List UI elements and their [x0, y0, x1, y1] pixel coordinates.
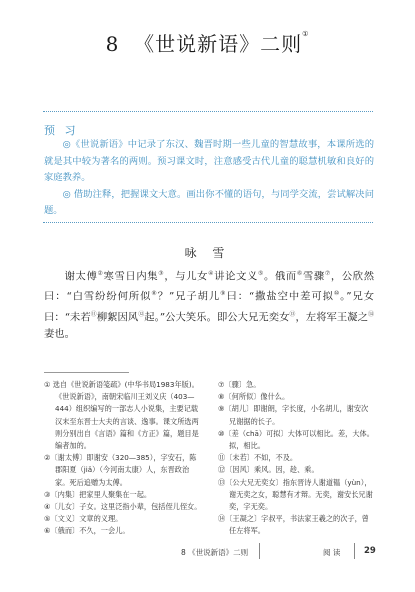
text-segment: 柳絮因风 [97, 311, 138, 323]
divider-top [43, 111, 373, 112]
footnote-item: ③〔内集〕把家里人聚集在一起。 [44, 489, 202, 501]
text-segment: 讲论文义 [214, 270, 258, 282]
text-segment: 寒雪日内集 [104, 270, 159, 282]
preview-section: ◎《世说新语》中记录了东汉、魏晋时期一些儿童的智慧故事，本课所选的就是其中较为著… [44, 137, 374, 220]
text-segment: 曰：“撒盐空中差可拟 [226, 291, 333, 303]
text-segment: 谢太傅 [65, 270, 98, 282]
footnote-mark[interactable]: ① [302, 30, 309, 38]
note-reference[interactable]: ⑭ [368, 311, 374, 318]
text-segment: 起。”公大笑乐。即公大兄无奕女 [144, 311, 289, 323]
footnote-item: ⑩〔差（chā）可拟〕大体可以相比。差，大体。拟，相比。 [218, 428, 374, 452]
footnote-item: ⑧〔何所似〕像什么。 [218, 391, 374, 403]
footnote-item: ④〔儿女〕子女。这里泛指小辈，包括侄儿侄女。 [44, 501, 202, 513]
footer-separator [354, 543, 355, 559]
footer-lesson-label: 8 《世说新语》二则 [181, 547, 248, 558]
footnote-item: ⑪〔未若〕不如，不及。 [218, 452, 374, 464]
footnote-item: ⑥〔俄而〕不久，一会儿。 [44, 525, 202, 537]
footer-separator [259, 543, 260, 559]
preview-heading: 预 习 [44, 122, 79, 138]
main-text: 谢太傅②寒雪日内集③，与儿女④讲论文义⑤。俄而⑥雪骤⑦，公欣然曰：“白雪纷纷何所… [44, 265, 374, 343]
notes-left-column: ① 选自《世说新语笺疏》(中华书局1983年版)。《世说新语》，南朝宋临川王刘义… [44, 379, 202, 538]
preview-paragraph-1: ◎《世说新语》中记录了东汉、魏晋时期一些儿童的智慧故事，本课所选的就是其中较为著… [44, 137, 374, 187]
footer-section: 阅 读 [323, 547, 340, 558]
lesson-title-text: 《世说新语》二则 [134, 32, 302, 56]
page-number: 29 [364, 546, 376, 556]
lesson-number: 8 [106, 32, 120, 56]
notes-rule [44, 372, 129, 373]
text-segment: 雪骤 [303, 270, 325, 282]
footnote-item: ① 选自《世说新语笺疏》(中华书局1983年版)。《世说新语》，南朝宋临川王刘义… [44, 379, 202, 452]
main-paragraph: 谢太傅②寒雪日内集③，与儿女④讲论文义⑤。俄而⑥雪骤⑦，公欣然曰：“白雪纷纷何所… [44, 265, 374, 343]
footnote-item: ⑬〔公大兄无奕女〕指东晋诗人谢道韫（yùn），谢无奕之女，聪慧有才辩。无奕，谢安… [218, 477, 374, 514]
text-segment: 妻也。 [44, 328, 75, 340]
lesson-title: 8 《世说新语》二则① [0, 28, 415, 57]
footnote-item: ⑦〔骤〕急。 [218, 379, 374, 391]
divider-bottom [43, 222, 373, 223]
footnote-item: ⑭〔王凝之〕字叔平，书法家王羲之的次子，曾任左将军。 [218, 513, 374, 537]
footnote-item: ②〔谢太傅〕即谢安（320—385），字安石，陈郡阳夏（jiǎ）（今河南太康）人… [44, 452, 202, 489]
text-segment: 。俄而 [264, 270, 297, 282]
preview-paragraph-2: ◎ 借助注释，把握课文大意。画出你不懂的语句，与同学交流，尝试解决问题。 [44, 187, 374, 220]
notes-right-column: ⑦〔骤〕急。⑧〔何所似〕像什么。⑨〔胡儿〕即谢朗，字长度，小名胡儿，谢安次兄谢据… [218, 379, 374, 538]
footnote-item: ⑤〔文义〕文章的义理。 [44, 513, 202, 525]
footnote-item: ⑨〔胡儿〕即谢朗，字长度，小名胡儿，谢安次兄谢据的长子。 [218, 403, 374, 427]
text-subtitle: 咏 雪 [0, 244, 415, 261]
text-segment: ？”兄子胡儿 [158, 291, 220, 303]
text-segment: ，与儿女 [164, 270, 208, 282]
footnote-item: ⑫〔因风〕乘风。因，趁、乘。 [218, 464, 374, 476]
text-segment: ，左将军王凝之 [295, 311, 367, 323]
